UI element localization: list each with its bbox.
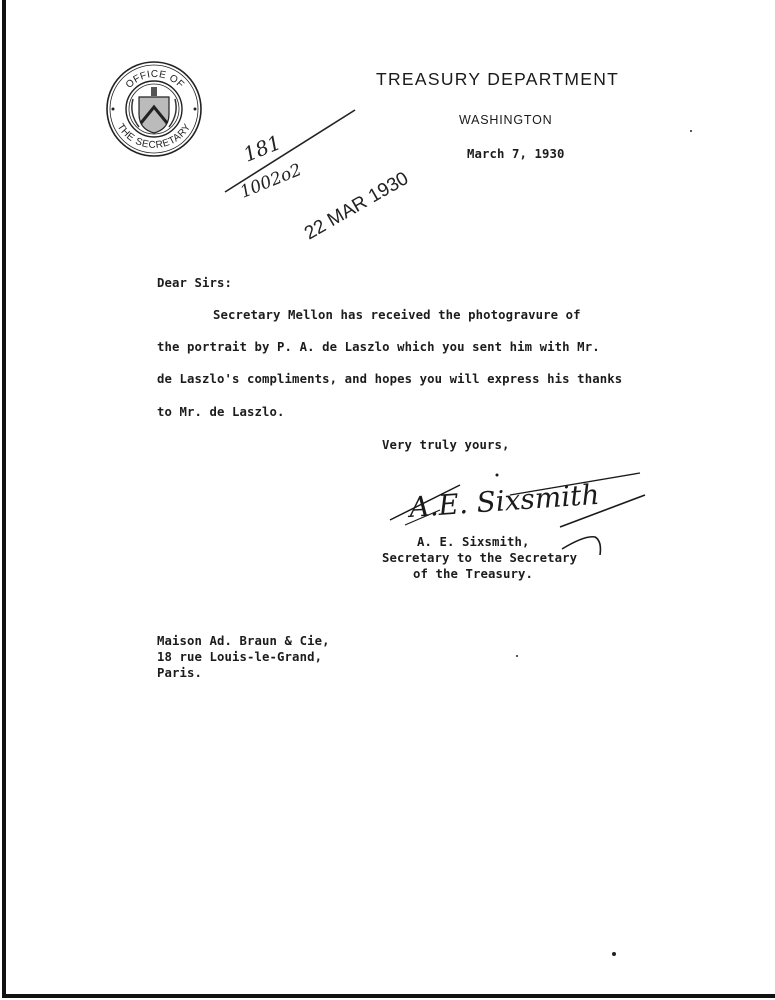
signer-title: Secretary to the Secretary bbox=[382, 551, 577, 565]
signer-title: of the Treasury. bbox=[413, 567, 533, 581]
scan-speck bbox=[690, 130, 692, 132]
body-line: de Laszlo's compliments, and hopes you w… bbox=[157, 372, 622, 386]
file-annotation: 181 1002o2 22 MAR 1930 bbox=[205, 100, 425, 240]
treasury-seal-icon: OFFICE OF THE SECRETARY bbox=[99, 59, 209, 159]
recipient-address-line: Paris. bbox=[157, 666, 202, 680]
received-date-stamp: 22 MAR 1930 bbox=[301, 168, 412, 240]
recipient-address-line: 18 rue Louis-le-Grand, bbox=[157, 650, 322, 664]
letter-page: OFFICE OF THE SECRETARY TREASURY DEPARTM… bbox=[0, 0, 775, 1000]
scan-border-bottom bbox=[2, 994, 775, 998]
scan-speck bbox=[516, 655, 518, 657]
salutation: Dear Sirs: bbox=[157, 276, 232, 290]
recipient-address-line: Maison Ad. Braun & Cie, bbox=[157, 634, 330, 648]
closing: Very truly yours, bbox=[382, 438, 510, 452]
file-number-bottom: 1002o2 bbox=[237, 160, 304, 203]
file-number-top: 181 bbox=[240, 130, 284, 167]
department-heading: TREASURY DEPARTMENT bbox=[376, 69, 619, 90]
city-heading: WASHINGTON bbox=[459, 113, 552, 127]
letter-date: March 7, 1930 bbox=[467, 147, 565, 161]
body-line: the portrait by P. A. de Laszlo which yo… bbox=[157, 340, 600, 354]
signer-name: A. E. Sixsmith, bbox=[417, 535, 530, 549]
body-line: to Mr. de Laszlo. bbox=[157, 405, 285, 419]
scan-border-left bbox=[2, 0, 6, 995]
scan-speck bbox=[612, 952, 616, 956]
body-line: Secretary Mellon has received the photog… bbox=[213, 308, 581, 322]
